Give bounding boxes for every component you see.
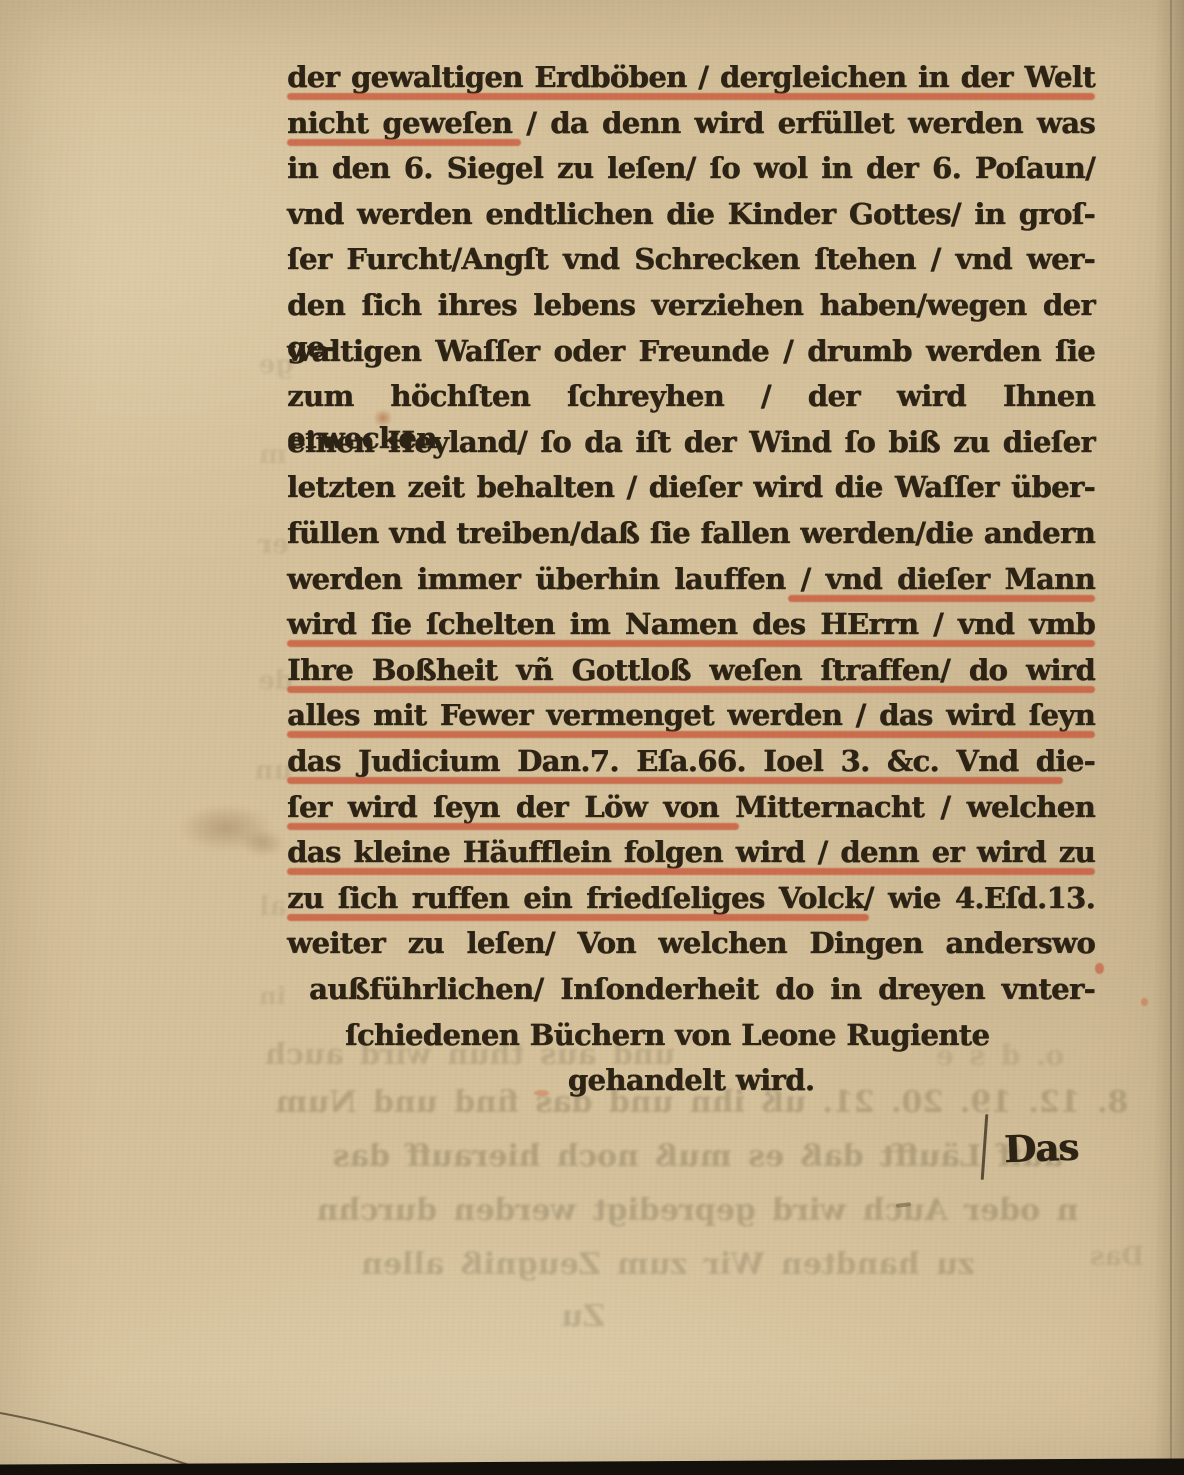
red-underline bbox=[287, 640, 1095, 647]
text-line: in den 6. Siegel zu leſen/ ſo wol in der… bbox=[287, 147, 1095, 191]
red-underline bbox=[287, 93, 1095, 100]
text-line: das kleine Häufflein folgen wird / denn … bbox=[287, 831, 1095, 875]
red-underline bbox=[287, 868, 1095, 875]
text-line: waltigen Waſſer oder Freunde / drumb wer… bbox=[287, 330, 1095, 374]
line-text: zu ſich ruffen ein friedſeliges Volck/ w… bbox=[287, 881, 1095, 915]
red-underline bbox=[287, 777, 1063, 784]
bleedthrough-text: Das bbox=[1072, 1244, 1162, 1270]
line-text: waltigen Waſſer oder Freunde / drumb wer… bbox=[287, 334, 1095, 368]
text-line: das Judicium Dan.7. Eſa.66. Ioel 3. &c. … bbox=[287, 740, 1095, 784]
text-line: füllen vnd treiben/daß ſie fallen werden… bbox=[287, 512, 1095, 556]
red-ink-speck bbox=[1141, 998, 1148, 1006]
text-line: ſer Furcht/Angſt vnd Schrecken ſtehen / … bbox=[287, 238, 1095, 282]
text-line: vnd werden endtlichen die Kinder Gottes/… bbox=[287, 193, 1095, 237]
line-text: ſer Furcht/Angſt vnd Schrecken ſtehen / … bbox=[287, 242, 1095, 276]
text-line: der gewaltigen Erdböben / dergleichen in… bbox=[287, 56, 1095, 100]
red-underline bbox=[287, 731, 1095, 738]
text-line: weiter zu leſen/ Von welchen Dingen ande… bbox=[287, 922, 1095, 966]
text-line: ſer wird ſeyn der Löw von Mitternacht / … bbox=[287, 786, 1095, 830]
bleedthrough-text: zu handten Wir zum Zeugniß allen bbox=[258, 1250, 1078, 1280]
scan-edge-bottom bbox=[0, 1457, 1184, 1475]
line-text: nicht geweſen / da denn wird erfüllet we… bbox=[287, 106, 1095, 140]
line-text: das Judicium Dan.7. Eſa.66. Ioel 3. &c. … bbox=[287, 744, 1095, 778]
text-line: gehandelt wird. bbox=[287, 1059, 1095, 1103]
red-underline bbox=[287, 139, 521, 146]
line-text: ſer wird ſeyn der Löw von Mitternacht / … bbox=[287, 790, 1095, 824]
red-ink-speck bbox=[1095, 963, 1104, 974]
line-text: gehandelt wird. bbox=[568, 1063, 815, 1097]
red-underline bbox=[788, 595, 1095, 602]
red-underline bbox=[287, 914, 869, 921]
text-line: zu ſich ruffen ein friedſeliges Volck/ w… bbox=[287, 877, 1095, 921]
body-text: der gewaltigen Erdböben / dergleichen in… bbox=[287, 56, 1095, 1166]
page-scan: gemerdeunalinund aus thun wird aucho. d … bbox=[0, 0, 1184, 1475]
line-text: alles mit Fewer vermenget werden / das w… bbox=[287, 698, 1095, 732]
line-text: wird ſie ſchelten im Namen des HErrn / v… bbox=[287, 607, 1095, 641]
line-text: Ihre Boßheit vñ Gottloß weſen ſtraffen/ … bbox=[287, 653, 1095, 687]
line-text: außführlichen/ Inſonderheit do in dreyen… bbox=[309, 972, 1095, 1006]
line-text: werden immer überhin lauffen / vnd dieſe… bbox=[287, 562, 1095, 596]
red-underline bbox=[287, 823, 739, 830]
catchword: Das bbox=[1003, 1125, 1078, 1172]
text-line: wird ſie ſchelten im Namen des HErrn / v… bbox=[287, 603, 1095, 647]
red-underline bbox=[287, 686, 1095, 693]
text-line: werden immer überhin lauffen / vnd dieſe… bbox=[287, 558, 1095, 602]
line-text: der gewaltigen Erdböben / dergleichen in… bbox=[287, 60, 1095, 94]
line-text: das kleine Häufflein folgen wird / denn … bbox=[287, 835, 1095, 869]
line-text: füllen vnd treiben/daß ſie fallen werden… bbox=[287, 516, 1095, 550]
text-line: außführlichen/ Inſonderheit do in dreyen… bbox=[309, 968, 1095, 1012]
line-text: ſchiedenen Büchern von Leone Rugiente bbox=[345, 1018, 989, 1052]
dash-mark bbox=[896, 1202, 911, 1208]
stain-smudge bbox=[160, 796, 292, 860]
bleedthrough-text: n oder Auch wird gepredigt werden durchn bbox=[250, 1196, 1145, 1226]
text-line: Ihre Boßheit vñ Gottloß weſen ſtraffen/ … bbox=[287, 649, 1095, 693]
text-line: zum höchſten ſchreyhen / der wird Ihnen … bbox=[287, 375, 1095, 419]
text-line: den ſich ihres lebens verziehen haben/we… bbox=[287, 284, 1095, 328]
line-text: vnd werden endtlichen die Kinder Gottes/… bbox=[287, 197, 1095, 231]
line-text: letzten zeit behalten / dieſer wird die … bbox=[287, 470, 1095, 504]
line-text: in den 6. Siegel zu leſen/ ſo wol in der… bbox=[287, 151, 1095, 185]
text-line: ſchiedenen Büchern von Leone Rugiente bbox=[345, 1014, 1035, 1058]
stain-smudge bbox=[232, 824, 294, 862]
text-line: einen Heyland/ ſo da iſt der Wind ſo biß… bbox=[287, 421, 1095, 465]
text-line: alles mit Fewer vermenget werden / das w… bbox=[287, 694, 1095, 738]
text-line: letzten zeit behalten / dieſer wird die … bbox=[287, 466, 1095, 510]
page-right-edge-shading bbox=[1154, 0, 1184, 1475]
text-line: nicht geweſen / da denn wird erfüllet we… bbox=[287, 102, 1095, 146]
line-text: einen Heyland/ ſo da iſt der Wind ſo biß… bbox=[287, 425, 1095, 459]
page-right-edge-line bbox=[1170, 0, 1172, 1475]
line-text: weiter zu leſen/ Von welchen Dingen ande… bbox=[287, 926, 1095, 960]
paper-crack bbox=[0, 1385, 220, 1475]
bleedthrough-text: Zu bbox=[548, 1302, 618, 1332]
